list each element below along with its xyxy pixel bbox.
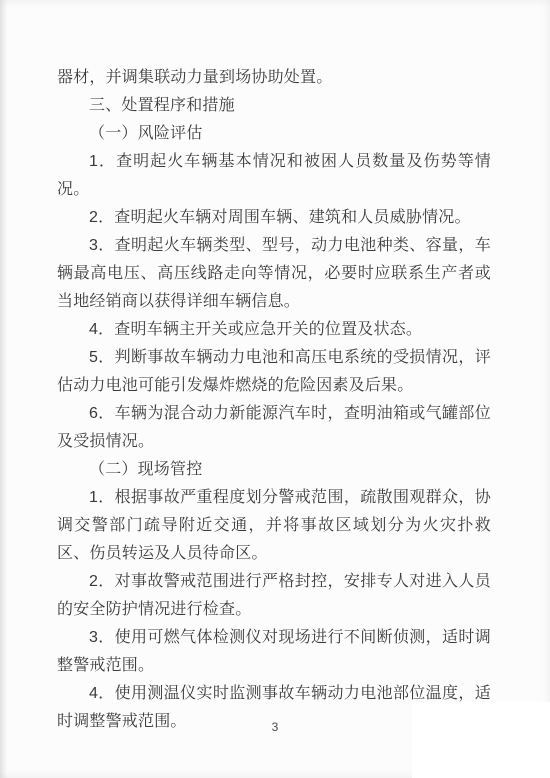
page-number: 3 — [0, 718, 550, 736]
document-page: 器材，并调集联动力量到场协助处置。 三、处置程序和措施 （一）风险评估 1．查明… — [0, 0, 550, 778]
risk-item-5: 5．判断事故车辆动力电池和高压电系统的受损情况，评估动力电池可能引发爆炸燃烧的危… — [57, 344, 491, 400]
risk-item-4: 4．查明车辆主开关或应急开关的位置及状态。 — [57, 316, 491, 344]
paragraph-continuation: 器材，并调集联动力量到场协助处置。 — [57, 64, 491, 92]
risk-item-3: 3．查明起火车辆类型、型号，动力电池种类、容量，车辆最高电压、高压线路走向等情况… — [57, 232, 491, 316]
section-heading-procedures: 三、处置程序和措施 — [57, 92, 491, 120]
scan-edge-shadow — [0, 0, 7, 778]
control-item-2: 2．对事故警戒范围进行严格封控，安排专人对进入人员的安全防护情况进行检查。 — [57, 568, 491, 624]
control-item-3: 3．使用可燃气体检测仪对现场进行不间断侦测，适时调整警戒范围。 — [57, 624, 491, 680]
risk-item-2: 2．查明起火车辆对周围车辆、建筑和人员威胁情况。 — [57, 204, 491, 232]
scan-artifact — [412, 702, 550, 778]
subsection-heading-risk-assessment: （一）风险评估 — [57, 120, 491, 148]
control-item-1: 1．根据事故严重程度划分警戒范围，疏散围观群众，协调交警部门疏导附近交通，并将事… — [57, 484, 491, 568]
subsection-heading-scene-control: （二）现场管控 — [57, 456, 491, 484]
page-content: 器材，并调集联动力量到场协助处置。 三、处置程序和措施 （一）风险评估 1．查明… — [57, 64, 491, 736]
risk-item-1: 1．查明起火车辆基本情况和被困人员数量及伤势等情况。 — [57, 148, 491, 204]
risk-item-6: 6．车辆为混合动力新能源汽车时，查明油箱或气罐部位及受损情况。 — [57, 400, 491, 456]
